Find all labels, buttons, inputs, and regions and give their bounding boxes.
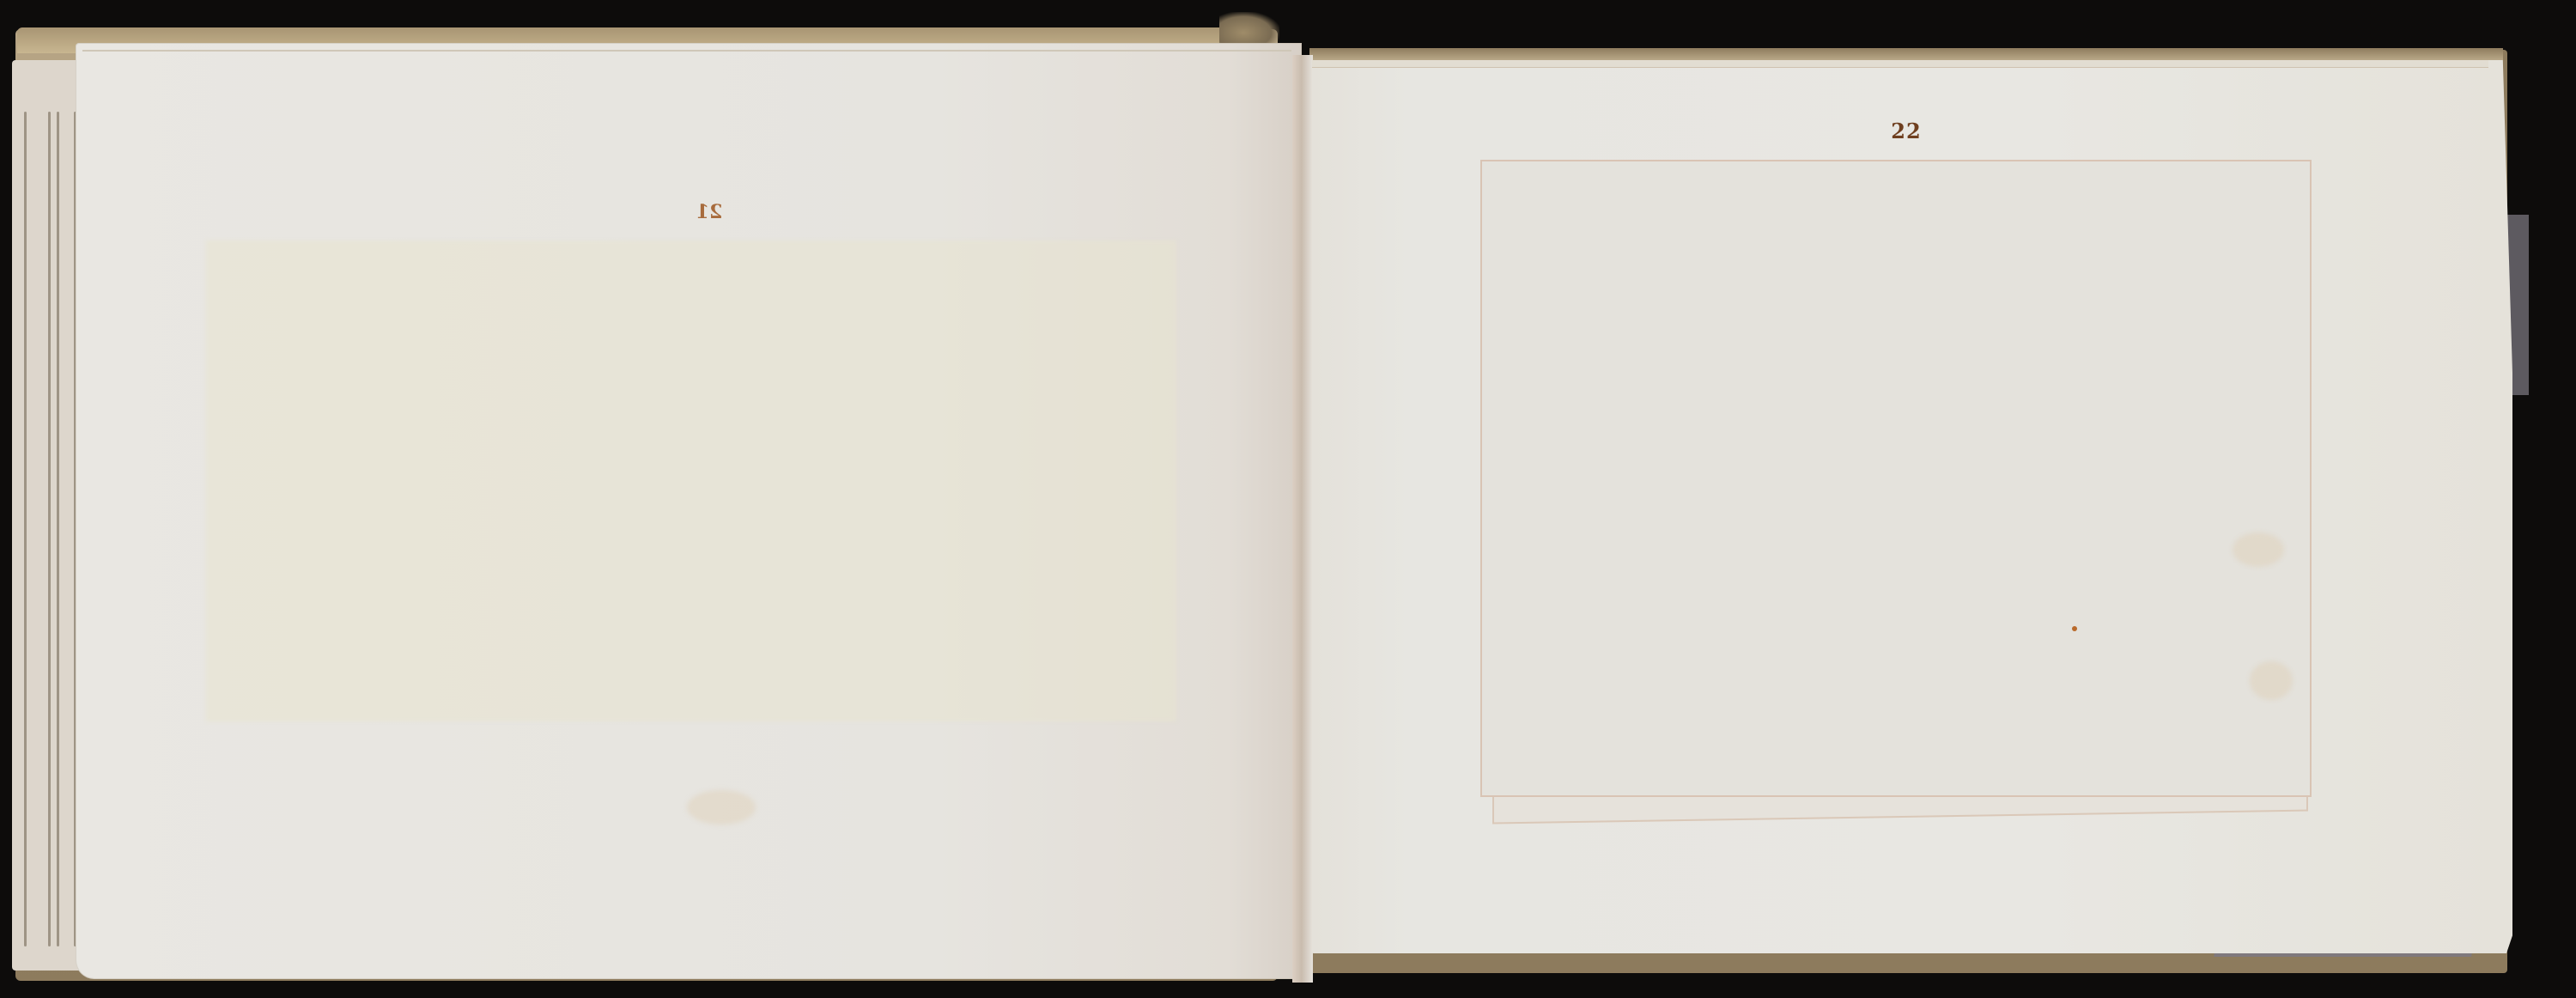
right-page-top-edge [1312,60,2488,68]
book-gutter [1292,55,1313,983]
foxing-spot [2072,626,2077,631]
stain-mark [2233,532,2284,567]
left-page-number: 21 [692,203,726,222]
left-plate-impression [206,240,1176,721]
page-edge-line [24,112,27,946]
page-edge-line [57,112,59,946]
left-page-top-edge [82,50,1291,52]
stain-mark [2250,661,2293,700]
tipped-in-sheet[interactable] [1480,160,2312,797]
stain-mark [687,790,756,825]
page-edge-line [48,112,51,946]
right-cover-top-edge [1309,48,2503,60]
right-page-number: 22 [1880,120,1932,143]
frayed-spine-edge [1219,12,1279,46]
